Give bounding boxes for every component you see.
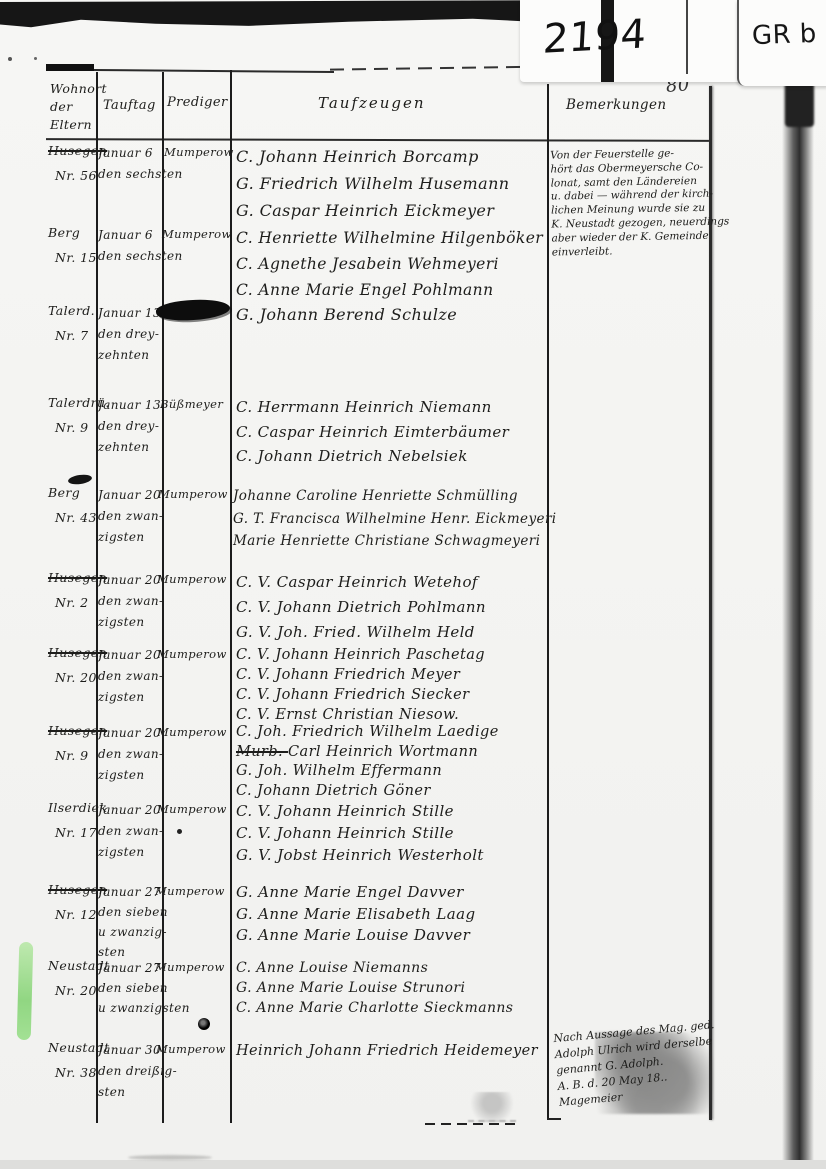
- baptism-date: Januar 13den drey-zehnten: [98, 395, 162, 458]
- table-top-border: [94, 69, 334, 73]
- pastor-name: Mumperow: [164, 145, 234, 159]
- baptism-date: Januar 20den zwan-zigsten: [98, 485, 162, 548]
- witness-line: G. Joh. Wilhelm Effermann: [236, 762, 499, 782]
- witness-line: C. V. Johann Heinrich Stille: [236, 822, 484, 844]
- witness-line: Marie Henriette Christiane Schwagmeyeri: [233, 530, 556, 553]
- witness-line: C. Anne Louise Niemanns: [236, 958, 513, 978]
- house-number: Nr. 12: [55, 907, 97, 922]
- pastor-name: Büßmeyer: [160, 397, 223, 411]
- header-tauftag: Tauftag: [103, 98, 156, 113]
- witness-line: G. Johann Berend Schulze: [236, 303, 457, 327]
- witness-line: G. T. Francisca Wilhelmine Henr. Eickmey…: [233, 508, 556, 531]
- table-top-border-thick: [46, 64, 94, 71]
- witness-line: C. Herrmann Heinrich Niemann: [236, 395, 509, 420]
- witness-line: G. Anne Marie Engel Davver: [236, 882, 475, 904]
- sticker-thin-line: [686, 0, 688, 74]
- scan-edge-bottom: [0, 1160, 826, 1169]
- witness-line: G. Anne Marie Louise Strunori: [236, 978, 513, 998]
- house-number: Nr. 7: [55, 328, 88, 343]
- witness-line: G. Anne Marie Elisabeth Laag: [236, 904, 475, 926]
- header-prediger: Prediger: [167, 95, 228, 110]
- baptism-date: Januar 30den dreißig-sten: [98, 1040, 162, 1103]
- witness-line: G. V. Joh. Fried. Wilhelm Held: [236, 620, 486, 645]
- table-bottom-fragment: [425, 1123, 521, 1125]
- witness-line: G. Friedrich Wilhelm Husemann: [236, 170, 509, 197]
- witness-list: C. Herrmann Heinrich NiemannC. Caspar He…: [236, 395, 509, 469]
- house-number: Nr. 20: [55, 983, 97, 998]
- pastor-name: Mumperow: [155, 884, 225, 898]
- witness-list: C. V. Caspar Heinrich WetehofC. V. Johan…: [236, 570, 486, 645]
- witness-line: C. Caspar Heinrich Eimterbäumer: [236, 420, 509, 445]
- pastor-name: Mumperow: [155, 960, 225, 974]
- pastor-name: Mumperow: [157, 725, 227, 739]
- witness-list: C. Joh. Friedrich Wilhelm LaedigeMurb. C…: [236, 723, 499, 801]
- witness-line: C. V. Johann Dietrich Pohlmann: [236, 595, 486, 620]
- witness-line: C. V. Johann Heinrich Stille: [236, 800, 484, 822]
- witness-list: C. Anne Louise NiemannsG. Anne Marie Lou…: [236, 958, 513, 1018]
- witness-line: C. V. Caspar Heinrich Wetehof: [236, 570, 486, 595]
- baptism-date: Januar 20den zwan-zigsten: [98, 645, 162, 708]
- witness-line: C. Joh. Friedrich Wilhelm Laedige: [236, 723, 499, 743]
- header-bemerkungen: Bemerkungen: [566, 97, 666, 113]
- ink-dot-bold: [198, 1018, 210, 1030]
- witness-line: C. Henriette Wilhelmine Hilgenböker: [236, 225, 543, 251]
- gray-smudge: [468, 1092, 516, 1122]
- witness-list: G. Anne Marie Engel DavverG. Anne Marie …: [236, 882, 475, 947]
- witness-line: G. V. Jobst Heinrich Westerholt: [236, 844, 484, 866]
- baptism-date: Januar 13den drey-zehnten: [98, 303, 162, 366]
- pastor-name: Mumperow: [162, 227, 232, 241]
- witness-list: C. Johann Heinrich BorcampG. Friedrich W…: [236, 143, 509, 224]
- house-number: Nr. 43: [55, 510, 97, 525]
- scan-edge-band-right: [782, 70, 814, 1169]
- witness-list: C. V. Johann Heinrich StilleC. V. Johann…: [236, 800, 484, 866]
- register-scan-page: Wohnort der Eltern Tauftag Prediger Tauf…: [0, 0, 826, 1169]
- witness-list: C. Henriette Wilhelmine HilgenbökerC. Ag…: [236, 225, 543, 303]
- scan-smudge-bottom: [128, 1155, 212, 1160]
- place-name: Talerd.: [48, 303, 95, 318]
- header-wohnort: Wohnort der Eltern: [50, 80, 107, 134]
- witness-list: G. Johann Berend Schulze: [236, 303, 457, 327]
- witness-line: C. V. Ernst Christian Niesow.: [236, 705, 485, 725]
- house-number: Nr. 20: [55, 670, 97, 685]
- scan-speck: [8, 57, 12, 61]
- witness-line: C. Johann Heinrich Borcamp: [236, 143, 509, 170]
- scan-speck: [34, 57, 37, 60]
- house-number: Nr. 9: [55, 748, 88, 763]
- place-name: Berg: [48, 485, 80, 500]
- witness-line: C. V. Johann Friedrich Meyer: [236, 665, 485, 685]
- witness-line: Johanne Caroline Henriette Schmülling: [233, 485, 556, 508]
- baptism-date: Januar 20den zwan-zigsten: [98, 723, 162, 786]
- pastor-name: Mumperow: [157, 802, 227, 816]
- highlighter-mark: [17, 942, 34, 1040]
- witness-line: Murb. Carl Heinrich Wortmann: [236, 743, 499, 763]
- table-bottom-fragment: [547, 1118, 561, 1120]
- baptism-date: Januar 6den sechsten: [98, 225, 162, 267]
- column-line: [547, 84, 549, 1120]
- witness-line: C. Anne Marie Charlotte Sieckmanns: [236, 998, 513, 1018]
- witness-line: C. V. Johann Friedrich Siecker: [236, 685, 485, 705]
- remark-bottom: Nach Aussage des Mag. ged.Adolph Ulrich …: [553, 1017, 721, 1111]
- remark-top: Von der Feuerstelle ge-hört das Obermeye…: [550, 146, 730, 259]
- witness-line: G. Anne Marie Louise Davver: [236, 925, 475, 947]
- witness-list: Johanne Caroline Henriette SchmüllingG. …: [233, 485, 556, 553]
- pastor-name: Mumperow: [156, 1042, 226, 1056]
- ink-dot-small: [177, 829, 182, 834]
- baptism-date: Januar 6den sechsten: [98, 143, 162, 185]
- pastor-name: Mumperow: [157, 647, 227, 661]
- film-number: 2194: [542, 11, 648, 63]
- place-name: Berg: [48, 225, 80, 240]
- baptism-date: Januar 27den siebenu zwanzig-sten: [98, 882, 162, 962]
- witness-list: Heinrich Johann Friedrich Heidemeyer: [236, 1040, 538, 1062]
- house-number: Nr. 56: [55, 168, 97, 183]
- pastor-name: Mumperow: [158, 487, 228, 501]
- register-code: GR b: [751, 19, 817, 51]
- house-number: Nr. 15: [55, 250, 97, 265]
- header-bottom-border: [46, 138, 710, 141]
- baptism-date: Januar 20den zwan-zigsten: [98, 570, 162, 633]
- baptism-date: Januar 20den zwan-zigsten: [98, 800, 162, 863]
- witness-line: C. Johann Dietrich Nebelsiek: [236, 444, 509, 469]
- ink-smudge: [67, 473, 92, 485]
- remark-line: einverleibt.: [552, 243, 730, 260]
- header-taufzeugen: Taufzeugen: [318, 94, 426, 112]
- witness-list: C. V. Johann Heinrich PaschetagC. V. Joh…: [236, 645, 485, 725]
- witness-line: Heinrich Johann Friedrich Heidemeyer: [236, 1040, 538, 1062]
- house-number: Nr. 9: [55, 420, 88, 435]
- house-number: Nr. 2: [55, 595, 88, 610]
- witness-line: G. Caspar Heinrich Eickmeyer: [236, 197, 509, 224]
- house-number: Nr. 38: [55, 1065, 97, 1080]
- witness-line: C. V. Johann Heinrich Paschetag: [236, 645, 485, 665]
- pastor-name: Mumperow: [157, 572, 227, 586]
- baptism-date: Januar 27den siebenu zwanzigsten: [98, 958, 162, 1018]
- witness-line: C. Agnethe Jesabein Wehmeyeri: [236, 251, 543, 277]
- house-number: Nr. 17: [55, 825, 97, 840]
- witness-line: C. Johann Dietrich Göner: [236, 782, 499, 802]
- witness-line: C. Anne Marie Engel Pohlmann: [236, 277, 543, 303]
- ink-blot-prediger: [155, 297, 230, 322]
